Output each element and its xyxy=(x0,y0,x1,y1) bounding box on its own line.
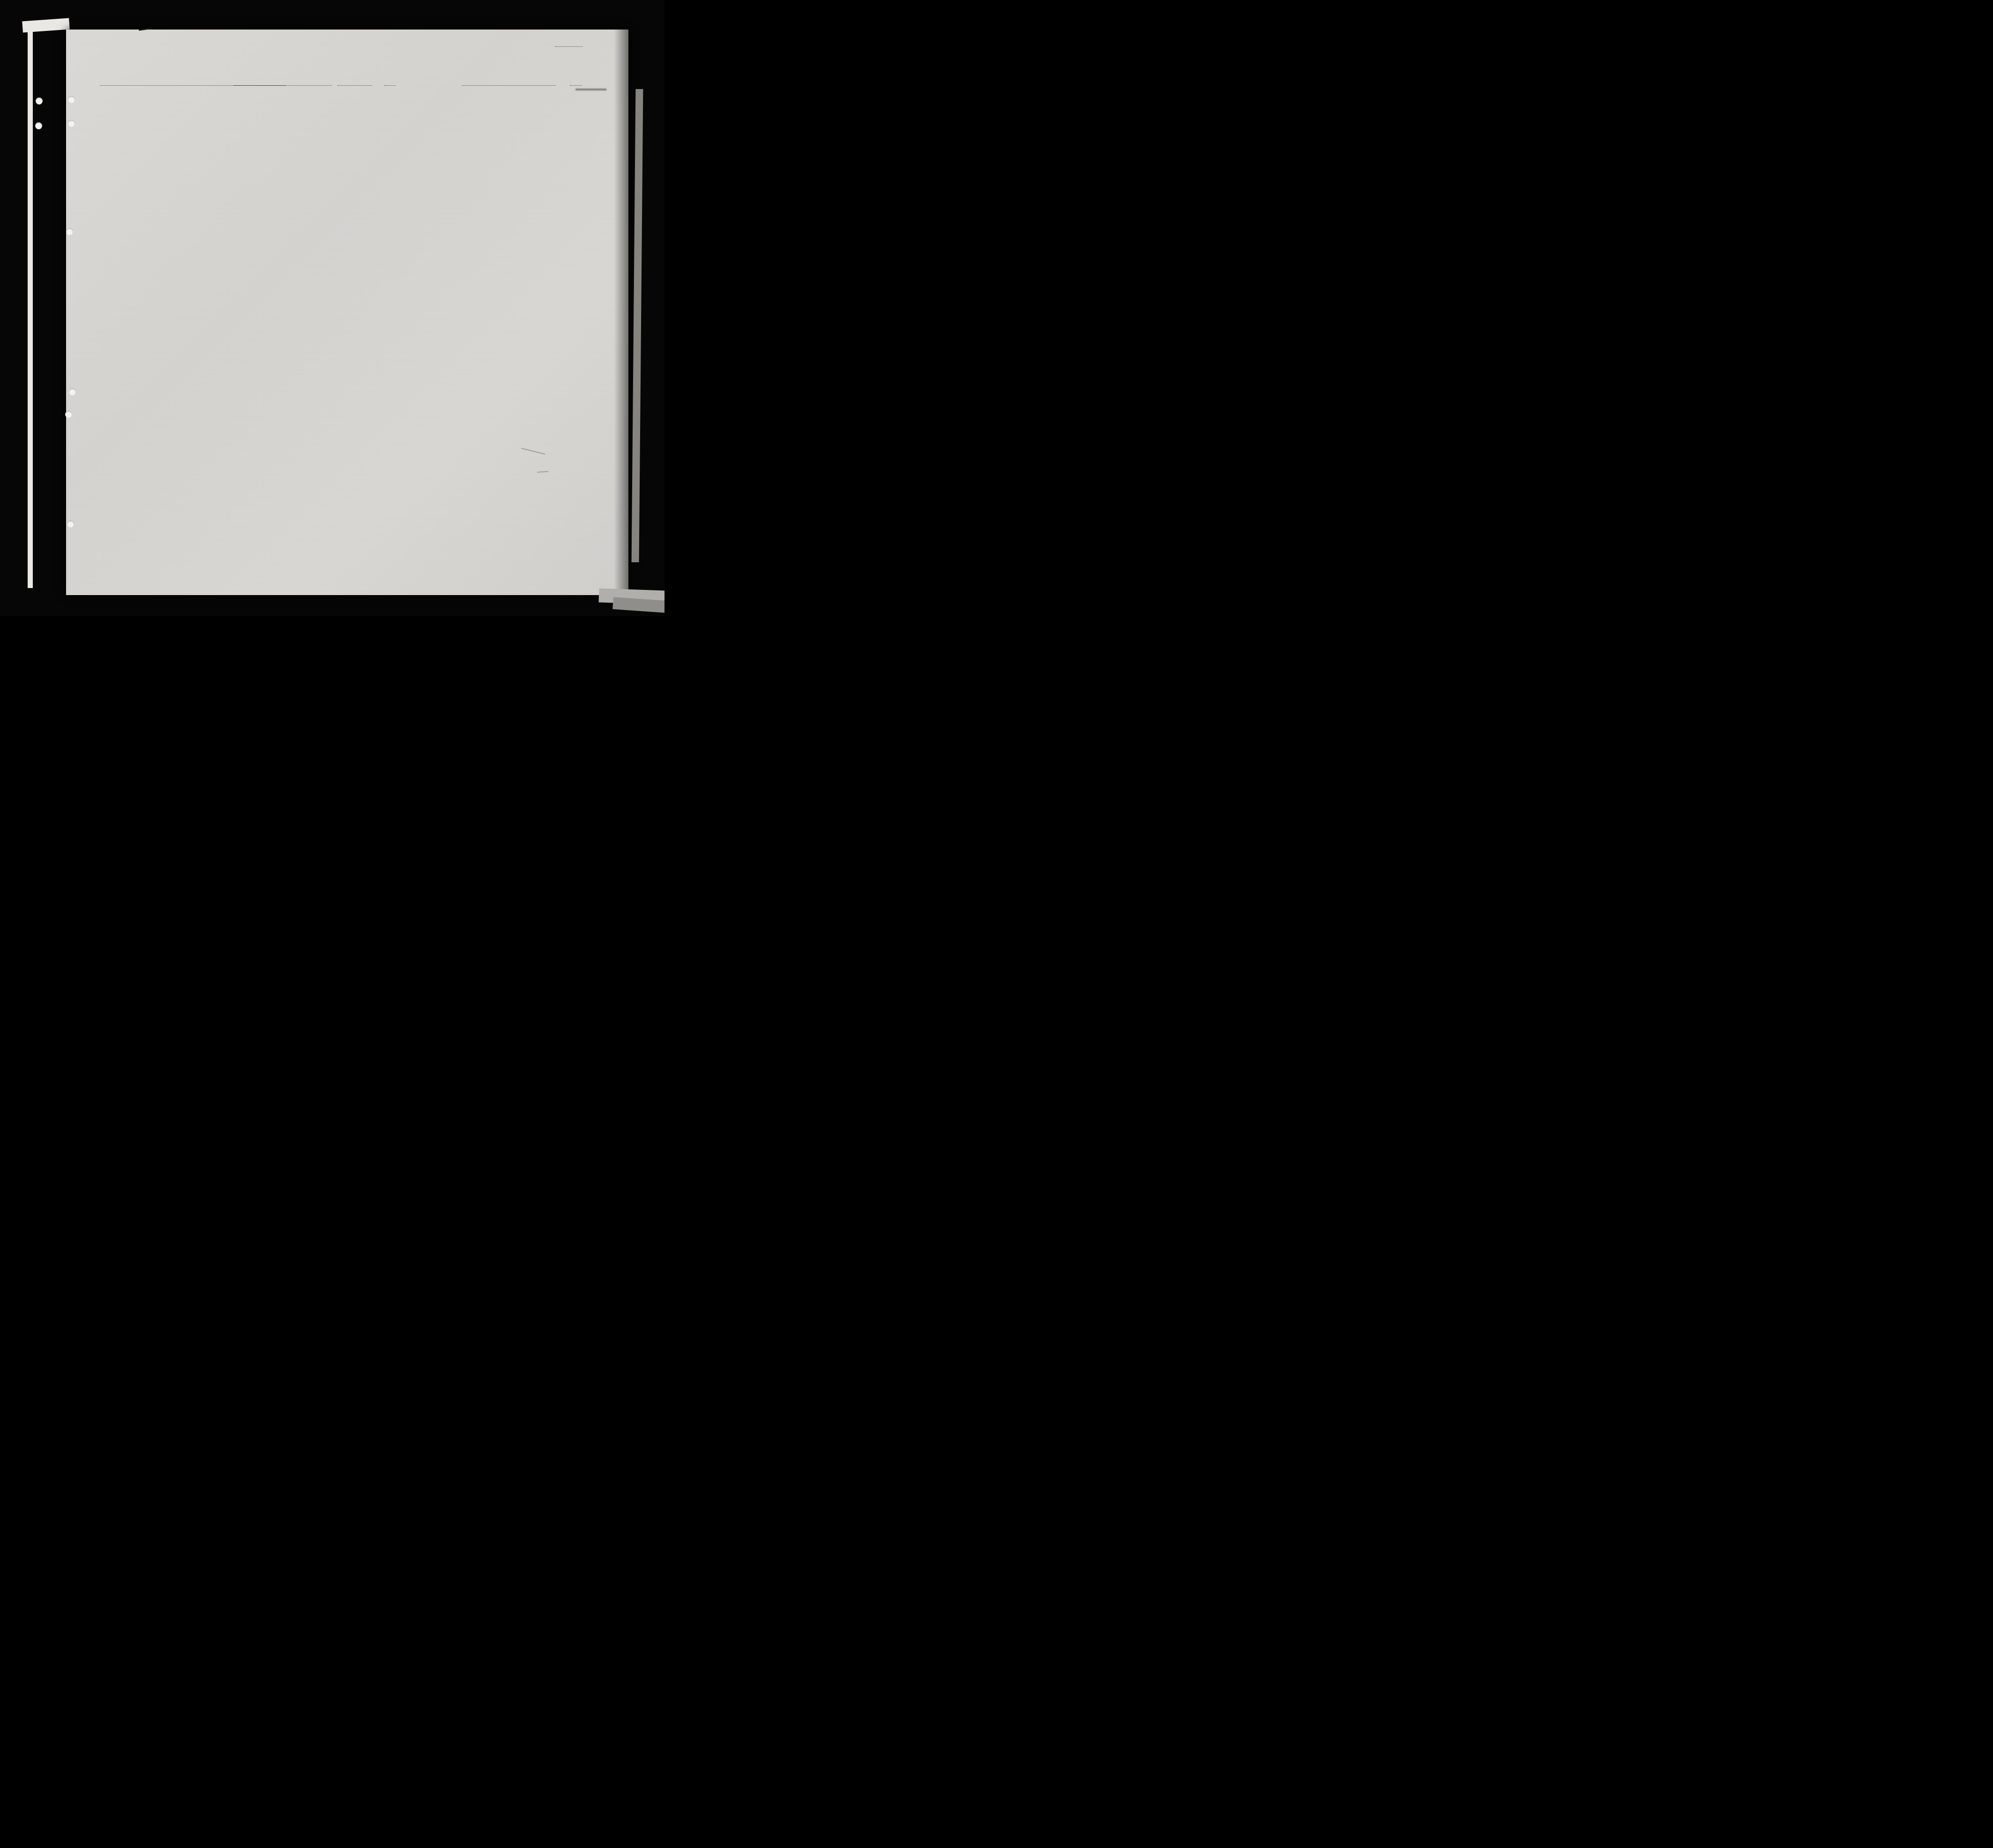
sheet-edge-left xyxy=(28,28,33,588)
scanned-document xyxy=(0,0,664,616)
sailing-port-blank xyxy=(233,85,332,86)
print-smudge xyxy=(575,89,606,90)
punch-hole xyxy=(68,120,75,127)
number-blank-line xyxy=(555,46,583,47)
sailing-year-blank xyxy=(384,85,396,86)
manifest-page xyxy=(66,30,628,595)
punch-hole xyxy=(68,96,75,103)
punch-hole xyxy=(67,521,74,528)
punch-hole xyxy=(65,411,72,418)
sailing-day-blank xyxy=(337,85,372,86)
arriving-year-blank xyxy=(570,85,582,86)
punch-hole xyxy=(66,228,73,235)
punch-hole xyxy=(35,122,42,129)
sheet-corner-top-left xyxy=(22,18,69,33)
punch-hole xyxy=(36,97,43,104)
page-crease-shadow xyxy=(614,30,628,595)
punch-hole xyxy=(69,388,76,395)
arriving-port-blank xyxy=(462,85,556,86)
page-stack-edge-right xyxy=(632,89,643,562)
